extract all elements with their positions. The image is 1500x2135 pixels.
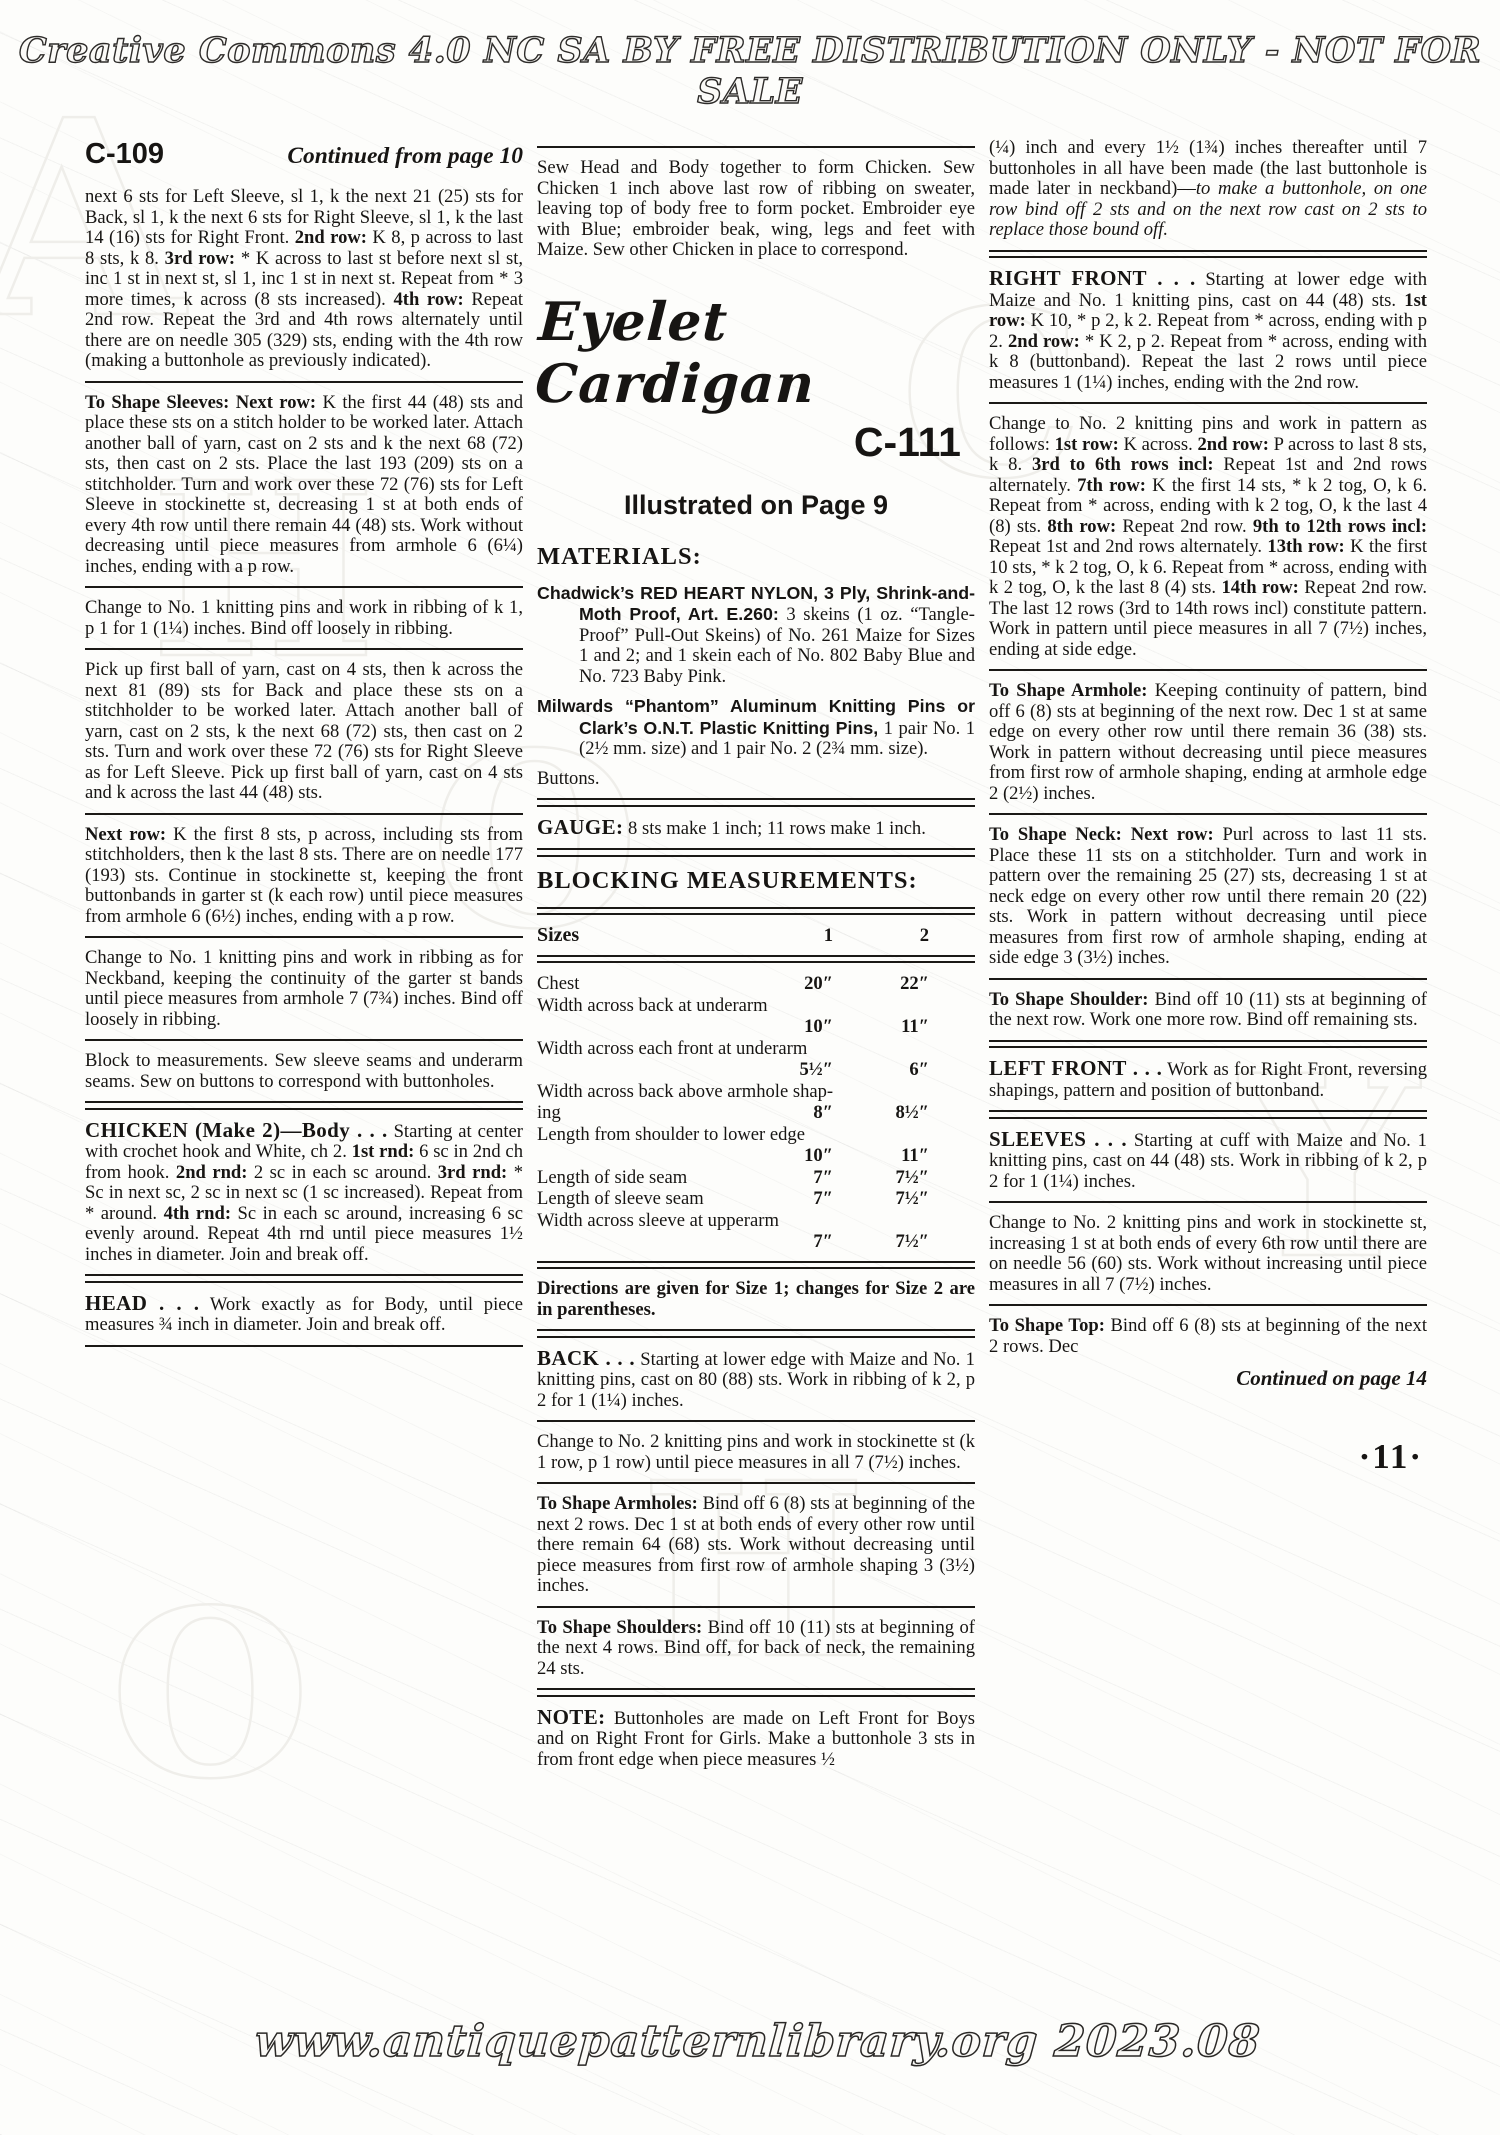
table-row: Sizes12: [537, 925, 975, 947]
pattern-paragraph: To Shape Armholes: Bind off 6 (8) sts at…: [537, 1494, 975, 1597]
text-run: To Shape Armhole:: [989, 680, 1147, 701]
table-spacer: [537, 1231, 763, 1253]
text-run: 9th to 12th rows incl:: [1253, 516, 1427, 537]
table-value-size2: 2: [833, 925, 929, 947]
text-run: NOTE:: [537, 1705, 606, 1729]
section-divider: [537, 1420, 975, 1422]
section-divider: [537, 1329, 975, 1338]
section-divider: [989, 669, 1427, 671]
table-spacer: [537, 1145, 763, 1167]
section-divider: [85, 381, 523, 383]
table-value-size1: 7″: [763, 1231, 833, 1253]
table-value-size2: 7½″: [833, 1231, 929, 1253]
text-run: Repeat 2nd row.: [1116, 516, 1253, 537]
table-row: Width across back at underarm: [537, 995, 975, 1017]
pattern-paragraph: Change to No. 1 knitting pins and work i…: [85, 598, 523, 639]
table-value-size2: 7½″: [833, 1167, 929, 1189]
table-label: Length of sleeve seam: [537, 1188, 763, 1210]
table-value-size1: 7″: [763, 1167, 833, 1189]
table-row: ing8″8½″: [537, 1102, 975, 1124]
section-divider: [85, 1274, 523, 1283]
text-run: Directions are given for Size 1; changes…: [537, 1278, 975, 1320]
text-run: 4th rnd:: [164, 1203, 231, 1224]
table-value-size1: 5½″: [763, 1059, 833, 1081]
table-value-size2: 11″: [833, 1145, 929, 1167]
text-run: LEFT FRONT . . .: [989, 1056, 1162, 1080]
text-run: K the first 44 (48) sts and place these …: [85, 392, 523, 577]
pattern-paragraph: Block to measurements. Sew sleeve seams …: [85, 1051, 523, 1092]
illustrated-note: Illustrated on Page 9: [537, 490, 975, 521]
text-run: 7th row:: [1077, 475, 1146, 496]
table-value-size1: 10″: [763, 1016, 833, 1038]
text-run: 4th row:: [393, 289, 463, 310]
text-run: To Shape Shoulders:: [537, 1617, 702, 1638]
text-run: 8th row:: [1047, 516, 1116, 537]
table-value-size2: 8½″: [833, 1102, 929, 1124]
table-row: 7″7½″: [537, 1231, 975, 1253]
pattern-paragraph: LEFT FRONT . . . Work as for Right Front…: [989, 1058, 1427, 1101]
pattern-paragraph: Pick up first ball of yarn, cast on 4 st…: [85, 660, 523, 804]
text-run: 3rd rnd:: [438, 1162, 507, 1183]
table-label: Length of side seam: [537, 1167, 763, 1189]
pattern-paragraph: To Shape Sleeves: Next row: K the first …: [85, 393, 523, 578]
table-row: Length of sleeve seam7″7½″: [537, 1188, 975, 1210]
section-divider: [85, 936, 523, 938]
section-divider: [989, 1201, 1427, 1203]
table-value-size2: 11″: [833, 1016, 929, 1038]
section-divider: [85, 648, 523, 650]
table-label: Length from shoulder to lower edge: [537, 1124, 929, 1146]
text-run: RIGHT FRONT . . .: [989, 266, 1196, 290]
pattern-paragraph: Next row: K the first 8 sts, p across, i…: [85, 825, 523, 928]
table-row: 5½″6″: [537, 1059, 975, 1081]
text-run: BACK . . .: [537, 1346, 635, 1370]
pattern-paragraph: Change to No. 2 knitting pins and work i…: [989, 414, 1427, 660]
text-run: Buttons.: [537, 768, 600, 789]
section-divider: [537, 1482, 975, 1484]
table-spacer: [537, 1016, 763, 1038]
text-run: Sew Head and Body together to form Chick…: [537, 157, 975, 260]
pattern-paragraph: To Shape Top: Bind off 6 (8) sts at begi…: [989, 1316, 1427, 1357]
section-divider: [537, 848, 975, 857]
text-run: To Shape Neck: Next row:: [989, 824, 1214, 845]
pattern-paragraph: (¼) inch and every 1½ (1¾) inches therea…: [989, 138, 1427, 241]
materials-item: Milwards “Phantom” Aluminum Knitting Pin…: [537, 696, 975, 760]
content-columns: C-109Continued from page 10next 6 sts fo…: [85, 138, 1430, 1779]
table-row: Width across sleeve at upperarm: [537, 1210, 975, 1232]
text-run: To Shape Sleeves: Next row:: [85, 392, 316, 413]
section-divider: [989, 978, 1427, 980]
table-label: Width across back above armhole shap-: [537, 1081, 929, 1103]
table-row: 10″11″: [537, 1016, 975, 1038]
materials-item: Chadwick’s RED HEART NYLON, 3 Ply, Shrin…: [537, 583, 975, 688]
text-run: GAUGE:: [537, 815, 623, 839]
section-divider: [989, 813, 1427, 815]
table-label: Sizes: [537, 925, 763, 947]
text-run: To Shape Armholes:: [537, 1493, 698, 1514]
section-divider: [537, 1606, 975, 1608]
pattern-paragraph: Change to No. 1 knitting pins and work i…: [85, 948, 523, 1030]
table-value-size2: 6″: [833, 1059, 929, 1081]
text-run: Block to measurements. Sew sleeve seams …: [85, 1050, 523, 1092]
table-label: Width across each front at underarm: [537, 1038, 929, 1060]
measurements-table: Chest20″22″Width across back at underarm…: [537, 973, 975, 1253]
section-divider: [989, 250, 1427, 259]
section-heading: MATERIALS:: [537, 543, 975, 571]
pattern-code: C-111: [537, 419, 961, 466]
text-run: Pick up first ball of yarn, cast on 4 st…: [85, 659, 523, 803]
pattern-paragraph: Sew Head and Body together to form Chick…: [537, 158, 975, 261]
text-run: 2nd rnd:: [176, 1162, 248, 1183]
section-divider: [989, 1304, 1427, 1306]
pattern-paragraph: GAUGE: 8 sts make 1 inch; 11 rows make 1…: [537, 817, 975, 840]
table-row: Width across back above armhole shap-: [537, 1081, 975, 1103]
table-value-size1: 20″: [763, 973, 833, 995]
table-row: Length of side seam7″7½″: [537, 1167, 975, 1189]
table-label: Width across back at underarm: [537, 995, 929, 1017]
continued-from-note: Continued from page 10: [287, 143, 523, 170]
table-row: Length from shoulder to lower edge: [537, 1124, 975, 1146]
pattern-paragraph: Buttons.: [537, 769, 975, 790]
pattern-page: Creative Commons 4.0 NC SA BY FREE DISTR…: [0, 0, 1500, 2135]
section-divider: [989, 1110, 1427, 1119]
text-run: Change to No. 1 knitting pins and work i…: [85, 597, 523, 639]
section-divider: [537, 798, 975, 807]
pattern-number-row: C-109Continued from page 10: [85, 138, 523, 171]
text-run: Change to No. 1 knitting pins and work i…: [85, 947, 523, 1030]
pattern-paragraph: CHICKEN (Make 2)—Body . . . Starting at …: [85, 1120, 523, 1266]
pattern-paragraph: SLEEVES . . . Starting at cuff with Maiz…: [989, 1129, 1427, 1193]
pattern-paragraph: Directions are given for Size 1; changes…: [537, 1279, 975, 1320]
text-run: 1st rnd:: [352, 1141, 415, 1162]
section-divider: [537, 1688, 975, 1697]
section-divider: [85, 1101, 523, 1110]
section-divider: [989, 1040, 1427, 1049]
text-run: 3rd to 6th rows incl:: [1032, 454, 1214, 475]
pattern-paragraph: NOTE: Buttonholes are made on Left Front…: [537, 1707, 975, 1771]
pattern-number: C-109: [85, 138, 164, 171]
table-spacer: [537, 1059, 763, 1081]
text-run: 1st row:: [1055, 434, 1119, 455]
table-label: Width across sleeve at upperarm: [537, 1210, 929, 1232]
table-row: 10″11″: [537, 1145, 975, 1167]
section-divider: [537, 1261, 975, 1270]
text-run: CHICKEN (Make 2)—Body . . .: [85, 1118, 388, 1142]
section-divider: [537, 955, 975, 964]
pattern-paragraph: RIGHT FRONT . . . Starting at lower edge…: [989, 268, 1427, 393]
text-run: 14th row:: [1221, 577, 1298, 598]
table-value-size2: 22″: [833, 973, 929, 995]
table-label: Chest: [537, 973, 763, 995]
column-right: (¼) inch and every 1½ (1¾) inches therea…: [989, 138, 1427, 1779]
text-run: K across.: [1119, 434, 1198, 455]
pattern-paragraph: Change to No. 2 knitting pins and work i…: [537, 1432, 975, 1473]
text-run: 2nd row:: [295, 227, 367, 248]
pattern-paragraph: To Shape Armhole: Keeping continuity of …: [989, 681, 1427, 804]
pattern-paragraph: To Shape Shoulders: Bind off 10 (11) sts…: [537, 1618, 975, 1680]
section-divider: [989, 402, 1427, 404]
text-run: 8 sts make 1 inch; 11 rows make 1 inch.: [623, 818, 925, 839]
column-left: C-109Continued from page 10next 6 sts fo…: [85, 138, 523, 1779]
text-run: 13th row:: [1267, 536, 1344, 557]
table-value-size1: 7″: [763, 1188, 833, 1210]
pattern-paragraph: To Shape Neck: Next row: Purl across to …: [989, 825, 1427, 969]
text-run: To Shape Shoulder:: [989, 989, 1148, 1010]
section-divider: [85, 813, 523, 815]
text-run: To Shape Top:: [989, 1315, 1105, 1336]
text-run: Change to No. 2 knitting pins and work i…: [989, 1212, 1427, 1295]
text-run: Next row:: [85, 824, 166, 845]
text-run: Purl across to last 11 sts. Place these …: [989, 824, 1427, 968]
pattern-title: Eyelet Cardigan: [534, 291, 978, 415]
pattern-paragraph: HEAD . . . Work exactly as for Body, unt…: [85, 1293, 523, 1336]
table-row: Chest20″22″: [537, 973, 975, 995]
text-run: Repeat 1st and 2nd rows alternately.: [989, 536, 1267, 557]
library-watermark: www.antiquepatternlibrary.org 2023.08: [253, 2016, 1262, 2067]
text-run: SLEEVES . . .: [989, 1127, 1127, 1151]
continued-note: Continued on page 14: [989, 1366, 1427, 1391]
text-run: 3rd row:: [165, 248, 235, 269]
table-value-size1: 10″: [763, 1145, 833, 1167]
text-run: 2nd row:: [1008, 331, 1080, 352]
table-value-size2: 7½″: [833, 1188, 929, 1210]
section-divider: [537, 146, 975, 148]
table-value-size1: 8″: [763, 1102, 833, 1124]
text-run: HEAD . . .: [85, 1291, 199, 1315]
section-divider: [85, 1345, 523, 1347]
pattern-paragraph: To Shape Shoulder: Bind off 10 (11) sts …: [989, 990, 1427, 1031]
pattern-paragraph: BACK . . . Starting at lower edge with M…: [537, 1348, 975, 1412]
section-divider: [537, 907, 975, 916]
section-divider: [85, 586, 523, 588]
text-run: Change to No. 2 knitting pins and work i…: [537, 1431, 975, 1473]
text-run: 2nd row:: [1197, 434, 1269, 455]
section-divider: [85, 1039, 523, 1041]
table-value-size1: 1: [763, 925, 833, 947]
table-label: ing: [537, 1102, 763, 1124]
text-run: 2 sc in each sc around.: [247, 1162, 437, 1183]
section-heading: BLOCKING MEASUREMENTS:: [537, 867, 975, 895]
pattern-paragraph: next 6 sts for Left Sleeve, sl 1, k the …: [85, 187, 523, 372]
license-watermark: Creative Commons 4.0 NC SA BY FREE DISTR…: [0, 30, 1500, 112]
table-row: Width across each front at underarm: [537, 1038, 975, 1060]
pattern-paragraph: Change to No. 2 knitting pins and work i…: [989, 1213, 1427, 1295]
page-number: ·11·: [989, 1437, 1427, 1477]
measurements-table: Sizes12: [537, 925, 975, 947]
column-center: Sew Head and Body together to form Chick…: [537, 138, 975, 1779]
